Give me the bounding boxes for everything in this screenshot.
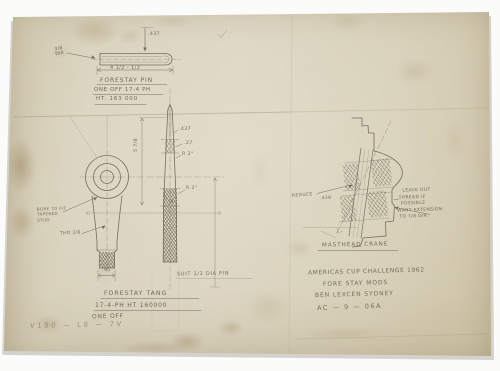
drawing-linework <box>0 0 500 371</box>
title-block-drawing-number: AC — 9 — 06A <box>317 301 382 311</box>
crane-reduce-dimension: .438 <box>320 195 332 201</box>
pin-heat-treat-note: HT. 163 000 <box>96 96 138 102</box>
pin-material-note: ONE OFF 17-4 PH <box>94 87 151 93</box>
crane-note-block: LEAVE OUT THREAD IF POSSIBLE WANT EXTENS… <box>396 187 442 222</box>
bleedthrough-mirror-text: V190 — L8 — 7V <box>30 320 125 330</box>
crane-reduce-note: REDUCE <box>292 192 313 198</box>
tang-title: FORESTAY TANG <box>104 290 167 297</box>
tang-material-note: 17-4-PH HT 160000 <box>95 302 167 309</box>
pin-length-dimension: 4 1/2 - 1/2 <box>110 65 140 71</box>
bore-note-line2: TAPERED STUD <box>37 210 71 222</box>
pencil-check-mark <box>218 31 227 38</box>
crane-note-line: TO 7/8 DIA <box>399 213 443 221</box>
tang-qty-note: ONE OFF <box>92 312 124 320</box>
photo-of-drawing: 3/8 DIA .437 4 1/2 - 1/2 FORESTAY PIN ON… <box>0 0 500 371</box>
pin-title: FORESTAY PIN <box>100 77 153 84</box>
tang-dim-r2-top: R 2° <box>182 152 194 157</box>
tang-height-dimension: 5 7/8 <box>134 138 139 152</box>
fold-creases <box>14 14 488 355</box>
tang-bore-note: BORE TO FIT TAPERED STUD <box>37 205 72 222</box>
forestay-tang-front-view <box>63 116 224 281</box>
crane-title: MASTHEAD CRANE <box>322 241 388 248</box>
tang-dim-27: .27 <box>184 141 193 146</box>
tang-dim-95: .95 <box>102 268 111 273</box>
tang-suit-note: SUIT 1/2 DIA PIN <box>177 270 229 277</box>
tang-dim-9: .9 <box>169 200 174 205</box>
aged-paper-sheet: 3/8 DIA .437 4 1/2 - 1/2 FORESTAY PIN ON… <box>0 0 500 371</box>
masthead-crane-section-view <box>303 118 430 251</box>
tang-thread-note: THD 3/8 <box>60 230 81 236</box>
tang-dim-437: .437 <box>179 127 191 132</box>
pin-top-dimension: .437 <box>148 32 160 37</box>
title-block-line2: FORE STAY MODS <box>323 279 388 288</box>
tang-dim-r2-bottom: R 2° <box>186 186 198 191</box>
title-block-line3: BEN LEXCEN SYDNEY <box>315 289 394 298</box>
